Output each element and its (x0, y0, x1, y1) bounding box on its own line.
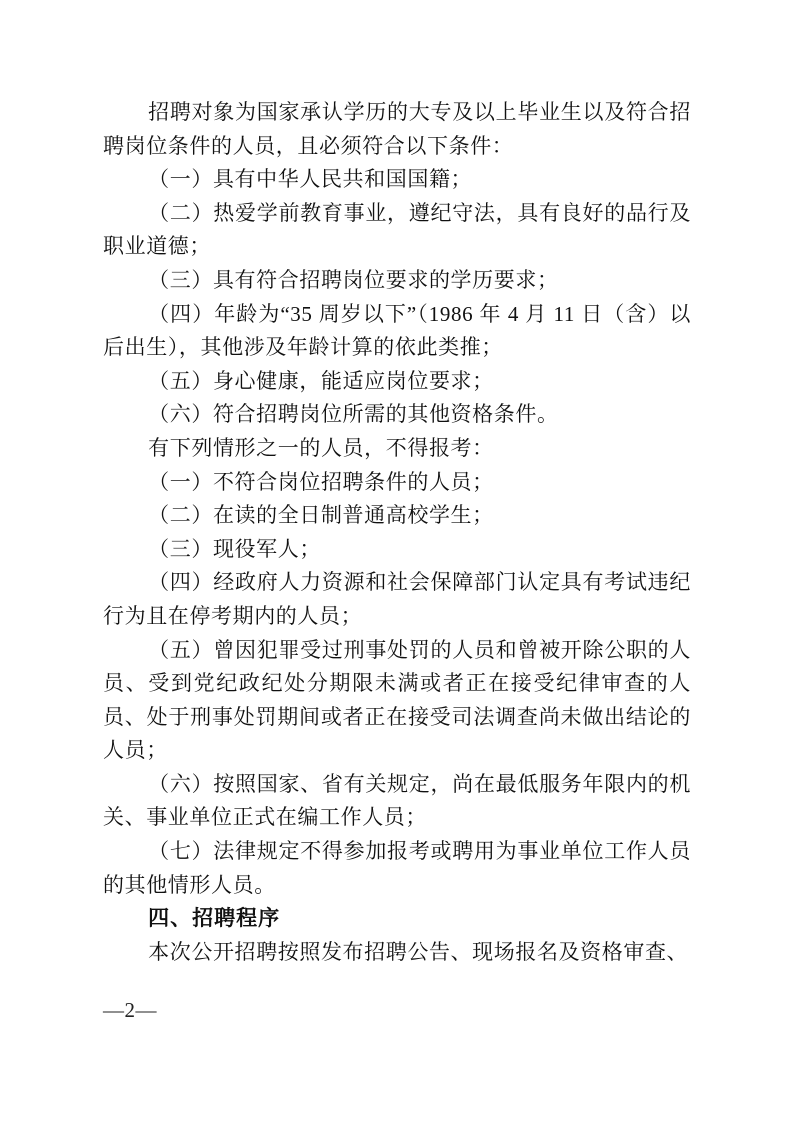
document-body: 招聘对象为国家承认学历的大专及以上毕业生以及符合招聘岗位条件的人员，且必须符合以… (103, 96, 691, 969)
eligibility-condition-2: （二）热爱学前教育事业，遵纪守法，具有良好的品行及职业道德； (103, 197, 691, 264)
eligibility-condition-1: （一）具有中华人民共和国国籍； (103, 163, 691, 197)
ineligible-condition-4: （四）经政府人力资源和社会保障部门认定具有考试违纪行为且在停考期内的人员； (103, 566, 691, 633)
ineligible-condition-6: （六）按照国家、省有关规定，尚在最低服务年限内的机关、事业单位正式在编工作人员； (103, 768, 691, 835)
eligibility-condition-5: （五）身心健康，能适应岗位要求； (103, 365, 691, 399)
page-number: —2— (103, 998, 157, 1022)
ineligible-condition-2: （二）在读的全日制普通高校学生； (103, 499, 691, 533)
recruitment-target-intro: 招聘对象为国家承认学历的大专及以上毕业生以及符合招聘岗位条件的人员，且必须符合以… (103, 96, 691, 163)
procedure-intro: 本次公开招聘按照发布招聘公告、现场报名及资格审查、 (103, 936, 691, 970)
eligibility-condition-3: （三）具有符合招聘岗位要求的学历要求； (103, 264, 691, 298)
ineligible-condition-5: （五）曾因犯罪受过刑事处罚的人员和曾被开除公职的人员、受到党纪政纪处分期限未满或… (103, 634, 691, 768)
ineligible-intro: 有下列情形之一的人员，不得报考： (103, 432, 691, 466)
ineligible-condition-3: （三）现役军人； (103, 533, 691, 567)
ineligible-condition-1: （一）不符合岗位招聘条件的人员； (103, 466, 691, 500)
document-page: 招聘对象为国家承认学历的大专及以上毕业生以及符合招聘岗位条件的人员，且必须符合以… (0, 0, 793, 1122)
ineligible-condition-7: （七）法律规定不得参加报考或聘用为事业单位工作人员的其他情形人员。 (103, 835, 691, 902)
section-heading-recruitment-procedure: 四、招聘程序 (103, 902, 691, 936)
eligibility-condition-6: （六）符合招聘岗位所需的其他资格条件。 (103, 398, 691, 432)
eligibility-condition-4: （四）年龄为“35 周岁以下”（1986 年 4 月 11 日（含）以后出生），… (103, 298, 691, 365)
